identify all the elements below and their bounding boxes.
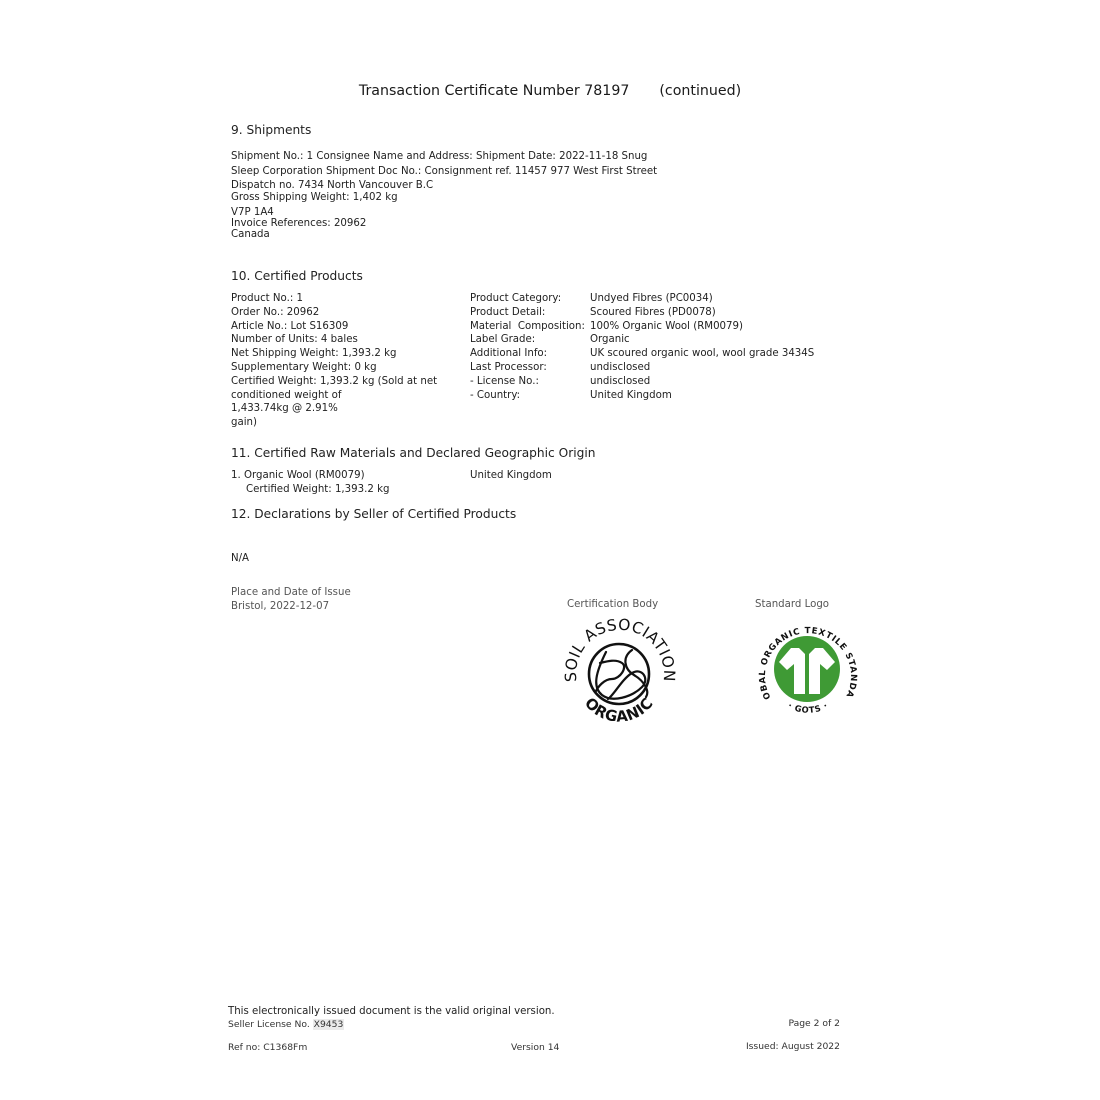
version: Version 14 bbox=[511, 1042, 559, 1053]
certified-weight-cont: gain) bbox=[231, 416, 451, 430]
certified-products-heading: 10. Certified Products bbox=[231, 269, 363, 283]
shipments-heading: 9. Shipments bbox=[231, 123, 311, 137]
product-detail-row: Product Detail:Scoured Fibres (PD0078) bbox=[470, 306, 814, 320]
valid-original-note: This electronically issued document is t… bbox=[228, 1005, 555, 1019]
article-no: Article No.: Lot S16309 bbox=[231, 320, 451, 334]
certified-weight: Certified Weight: 1,393.2 kg (Sold at ne… bbox=[231, 375, 451, 389]
material-composition-row: Material Composition:100% Organic Wool (… bbox=[470, 320, 814, 334]
product-category-row: Product Category:Undyed Fibres (PC0034) bbox=[470, 292, 814, 306]
ref-no: Ref no: C1368Fm bbox=[228, 1042, 307, 1053]
certificate-title: Transaction Certificate Number 78197 bbox=[359, 83, 630, 99]
declarations-value: N/A bbox=[231, 552, 249, 566]
seller-license: Seller License No. X9453 bbox=[228, 1019, 344, 1030]
raw-materials-heading: 11. Certified Raw Materials and Declared… bbox=[231, 446, 595, 460]
certified-weight-cont: conditioned weight of bbox=[231, 389, 451, 403]
product-no: Product No.: 1 bbox=[231, 292, 451, 306]
shipment-line: V7P 1A4 bbox=[231, 206, 657, 217]
declarations-heading: 12. Declarations by Seller of Certified … bbox=[231, 507, 516, 521]
issue-value: Bristol, 2022-12-07 bbox=[231, 600, 329, 614]
product-details-right: Product Category:Undyed Fibres (PC0034) … bbox=[470, 292, 814, 402]
certification-body-label: Certification Body bbox=[567, 598, 658, 612]
standard-logo-label: Standard Logo bbox=[755, 598, 829, 612]
seller-license-label: Seller License No. bbox=[228, 1019, 310, 1030]
raw-material-origin: United Kingdom bbox=[470, 469, 552, 483]
shipment-line: Invoice References: 20962 bbox=[231, 217, 657, 228]
country-row: - Country:United Kingdom bbox=[470, 389, 814, 403]
issue-label: Place and Date of Issue bbox=[231, 586, 351, 600]
raw-material-weight: Certified Weight: 1,393.2 kg bbox=[246, 483, 389, 497]
gots-logo-icon: GLOBAL ORGANIC TEXTILE STANDARD · GOTS · bbox=[755, 618, 859, 720]
additional-info-row: Additional Info:UK scoured organic wool,… bbox=[470, 347, 814, 361]
page-number: Page 2 of 2 bbox=[788, 1018, 840, 1029]
last-processor-row: Last Processor:undisclosed bbox=[470, 361, 814, 375]
order-no: Order No.: 20962 bbox=[231, 306, 451, 320]
net-shipping-weight: Net Shipping Weight: 1,393.2 kg bbox=[231, 347, 451, 361]
issued-date: Issued: August 2022 bbox=[746, 1041, 840, 1052]
soil-association-logo-icon: SOIL ASSOCIATION ORGANIC bbox=[562, 617, 676, 729]
shipments-block: Shipment No.: 1 Consignee Name and Addre… bbox=[231, 150, 657, 242]
seller-license-value: X9453 bbox=[313, 1019, 345, 1030]
svg-text:· GOTS ·: · GOTS · bbox=[786, 700, 829, 715]
product-details-left: Product No.: 1 Order No.: 20962 Article … bbox=[231, 292, 451, 430]
page-title: Transaction Certificate Number 78197(con… bbox=[0, 83, 1100, 99]
label-grade-row: Label Grade:Organic bbox=[470, 333, 814, 347]
svg-text:SOIL ASSOCIATION: SOIL ASSOCIATION bbox=[562, 617, 676, 682]
supplementary-weight: Supplementary Weight: 0 kg bbox=[231, 361, 451, 375]
shipment-line: Sleep Corporation Shipment Doc No.: Cons… bbox=[231, 165, 657, 179]
raw-material-item: 1. Organic Wool (RM0079) bbox=[231, 469, 365, 483]
shipment-line: Shipment No.: 1 Consignee Name and Addre… bbox=[231, 150, 657, 165]
shipment-line: Dispatch no. 7434 North Vancouver B.C bbox=[231, 179, 657, 191]
gots-circle bbox=[774, 636, 840, 702]
shipment-line: Canada bbox=[231, 228, 657, 242]
shipment-line: Gross Shipping Weight: 1,402 kg bbox=[231, 191, 657, 206]
license-no-row: - License No.:undisclosed bbox=[470, 375, 814, 389]
certified-weight-cont: 1,433.74kg @ 2.91% bbox=[231, 402, 451, 416]
continued-label: (continued) bbox=[659, 83, 741, 99]
number-of-units: Number of Units: 4 bales bbox=[231, 333, 451, 347]
